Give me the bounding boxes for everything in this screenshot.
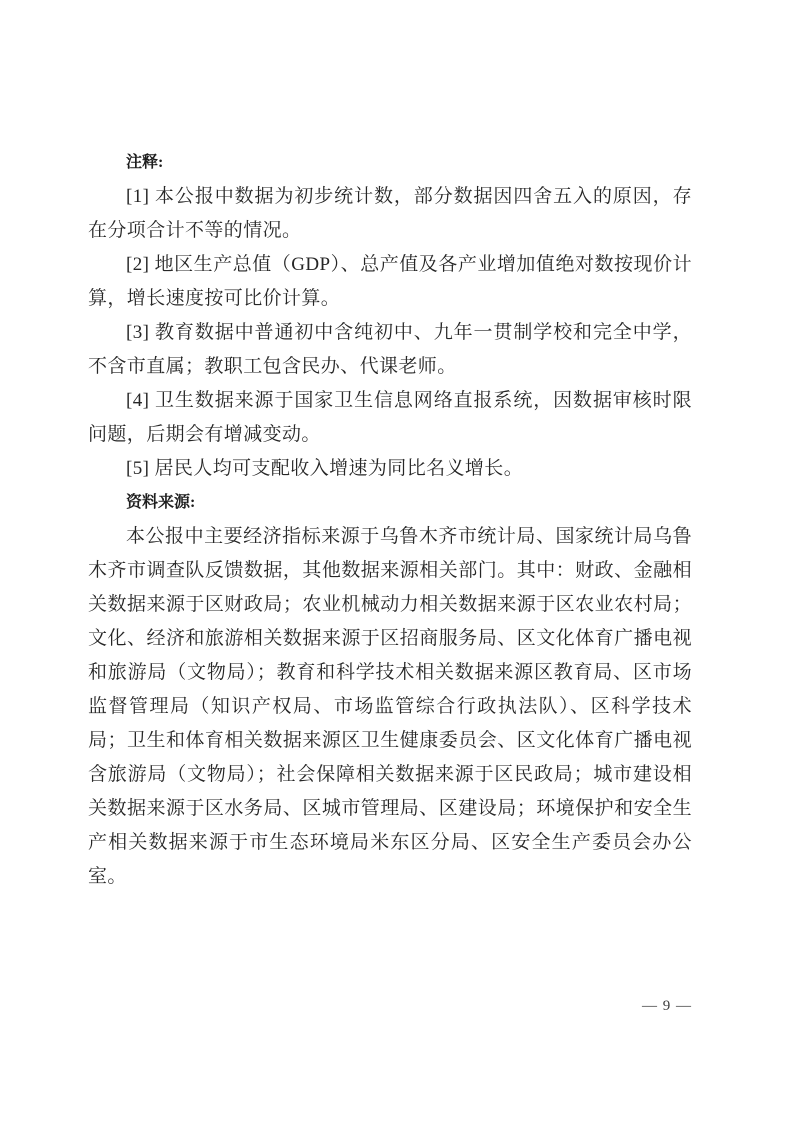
sources-heading: 资料来源: (88, 486, 692, 520)
note-item: [3] 教育数据中普通初中含纯初中、九年一贯制学校和完全中学，不含市直属；教职工… (88, 316, 692, 384)
note-item: [5] 居民人均可支配收入增速为同比名义增长。 (88, 452, 692, 486)
note-item: [1] 本公报中数据为初步统计数，部分数据因四舍五入的原因，存在分项合计不等的情… (88, 180, 692, 248)
sources-paragraph: 本公报中主要经济指标来源于乌鲁木齐市统计局、国家统计局乌鲁木齐市调查队反馈数据，… (88, 520, 692, 894)
document-page: 注释: [1] 本公报中数据为初步统计数，部分数据因四舍五入的原因，存在分项合计… (0, 0, 793, 1122)
note-item: [4] 卫生数据来源于国家卫生信息网络直报系统，因数据审核时限问题，后期会有增减… (88, 384, 692, 452)
page-number: — 9 — (642, 996, 692, 1016)
note-item: [2] 地区生产总值（GDP）、总产值及各产业增加值绝对数按现价计算，增长速度按… (88, 248, 692, 316)
notes-heading: 注释: (88, 146, 692, 180)
document-content: 注释: [1] 本公报中数据为初步统计数，部分数据因四舍五入的原因，存在分项合计… (88, 146, 692, 894)
